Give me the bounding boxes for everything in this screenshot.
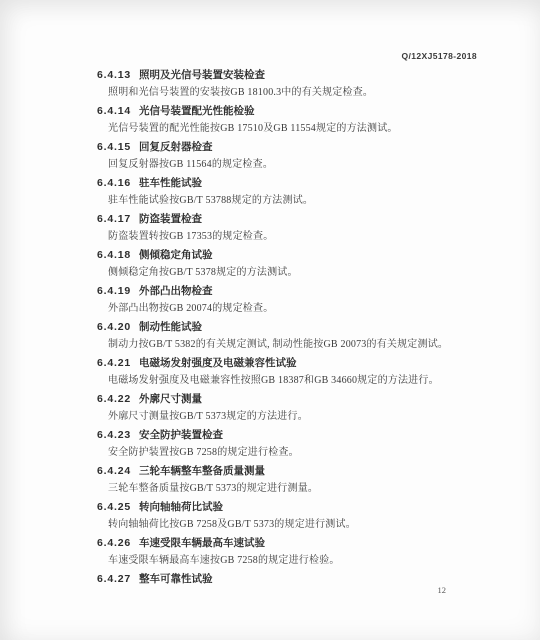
document-section: 6.4.13照明及光信号装置安装检查 照明和光信号装置的安装按GB 18100.… — [97, 66, 490, 102]
section-number: 6.4.21 — [97, 354, 131, 372]
section-body-text: 转向轴轴荷比按GB 7258及GB/T 5373的规定进行测试。 — [97, 516, 490, 534]
section-title: 照明及光信号装置安装检查 — [139, 69, 265, 81]
section-number: 6.4.23 — [97, 426, 131, 444]
section-title: 三轮车辆整车整备质量测量 — [139, 465, 265, 477]
section-heading: 6.4.19外部凸出物检查 — [97, 282, 490, 300]
section-title: 转向轴轴荷比试验 — [139, 501, 223, 513]
section-heading: 6.4.18侧倾稳定角试验 — [97, 246, 490, 264]
section-title: 制动性能试验 — [139, 321, 202, 333]
section-title: 回复反射器检查 — [139, 141, 213, 153]
section-number: 6.4.25 — [97, 498, 131, 516]
section-heading: 6.4.25转向轴轴荷比试验 — [97, 498, 490, 516]
section-heading: 6.4.13照明及光信号装置安装检查 — [97, 66, 490, 84]
section-number: 6.4.27 — [97, 570, 131, 588]
section-body-text: 外廓尺寸测量按GB/T 5373规定的方法进行。 — [97, 408, 490, 426]
document-page: Q/12XJ5178-2018 6.4.13照明及光信号装置安装检查 照明和光信… — [0, 0, 540, 640]
section-number: 6.4.16 — [97, 174, 131, 192]
section-heading: 6.4.15回复反射器检查 — [97, 138, 490, 156]
section-heading: 6.4.14光信号装置配光性能检验 — [97, 102, 490, 120]
sections-container: 6.4.13照明及光信号装置安装检查 照明和光信号装置的安装按GB 18100.… — [97, 66, 490, 588]
section-number: 6.4.22 — [97, 390, 131, 408]
section-title: 防盗装置检查 — [139, 213, 202, 225]
section-title: 光信号装置配光性能检验 — [139, 105, 255, 117]
section-body-text: 侧倾稳定角按GB/T 5378规定的方法测试。 — [97, 264, 490, 282]
section-number: 6.4.15 — [97, 138, 131, 156]
section-heading: 6.4.26车速受限车辆最高车速试验 — [97, 534, 490, 552]
document-section: 6.4.27整车可靠性试验 — [97, 570, 490, 588]
section-number: 6.4.20 — [97, 318, 131, 336]
document-section: 6.4.17防盗装置检查 防盗装置转按GB 17353的规定检查。 — [97, 210, 490, 246]
section-number: 6.4.14 — [97, 102, 131, 120]
section-title: 电磁场发射强度及电磁兼容性试验 — [139, 357, 297, 369]
section-body-text: 防盗装置转按GB 17353的规定检查。 — [97, 228, 490, 246]
document-section: 6.4.21电磁场发射强度及电磁兼容性试验 电磁场发射强度及电磁兼容性按照GB … — [97, 354, 490, 390]
section-heading: 6.4.17防盗装置检查 — [97, 210, 490, 228]
document-section: 6.4.16驻车性能试验 驻车性能试验按GB/T 53788规定的方法测试。 — [97, 174, 490, 210]
section-body-text: 光信号装置的配光性能按GB 17510及GB 11554规定的方法测试。 — [97, 120, 490, 138]
section-body-text: 三轮车整备质量按GB/T 5373的规定进行测量。 — [97, 480, 490, 498]
section-title: 外部凸出物检查 — [139, 285, 213, 297]
document-section: 6.4.14光信号装置配光性能检验 光信号装置的配光性能按GB 17510及GB… — [97, 102, 490, 138]
document-section: 6.4.25转向轴轴荷比试验 转向轴轴荷比按GB 7258及GB/T 5373的… — [97, 498, 490, 534]
section-number: 6.4.19 — [97, 282, 131, 300]
section-body-text: 电磁场发射强度及电磁兼容性按照GB 18387和GB 34660规定的方法进行。 — [97, 372, 490, 390]
section-number: 6.4.24 — [97, 462, 131, 480]
section-title: 车速受限车辆最高车速试验 — [139, 537, 265, 549]
document-code-header: Q/12XJ5178-2018 — [402, 51, 477, 61]
section-body-text: 制动力按GB/T 5382的有关规定测试, 制动性能按GB 20073的有关规定… — [97, 336, 490, 354]
section-body-text: 车速受限车辆最高车速按GB 7258的规定进行检验。 — [97, 552, 490, 570]
document-section: 6.4.22外廓尺寸测量 外廓尺寸测量按GB/T 5373规定的方法进行。 — [97, 390, 490, 426]
section-body-text: 安全防护装置按GB 7258的规定进行检查。 — [97, 444, 490, 462]
section-number: 6.4.26 — [97, 534, 131, 552]
section-title: 安全防护装置检查 — [139, 429, 223, 441]
section-heading: 6.4.22外廓尺寸测量 — [97, 390, 490, 408]
document-section: 6.4.15回复反射器检查 回复反射器按GB 11564的规定检查。 — [97, 138, 490, 174]
section-heading: 6.4.27整车可靠性试验 — [97, 570, 490, 588]
section-heading: 6.4.23安全防护装置检查 — [97, 426, 490, 444]
document-section: 6.4.18侧倾稳定角试验 侧倾稳定角按GB/T 5378规定的方法测试。 — [97, 246, 490, 282]
section-number: 6.4.17 — [97, 210, 131, 228]
section-heading: 6.4.24三轮车辆整车整备质量测量 — [97, 462, 490, 480]
section-body-text: 外部凸出物按GB 20074的规定检查。 — [97, 300, 490, 318]
section-body-text: 驻车性能试验按GB/T 53788规定的方法测试。 — [97, 192, 490, 210]
section-title: 整车可靠性试验 — [139, 573, 213, 585]
document-section: 6.4.26车速受限车辆最高车速试验 车速受限车辆最高车速按GB 7258的规定… — [97, 534, 490, 570]
page-number: 12 — [438, 585, 447, 595]
document-section: 6.4.24三轮车辆整车整备质量测量 三轮车整备质量按GB/T 5373的规定进… — [97, 462, 490, 498]
section-number: 6.4.13 — [97, 66, 131, 84]
section-heading: 6.4.21电磁场发射强度及电磁兼容性试验 — [97, 354, 490, 372]
section-title: 外廓尺寸测量 — [139, 393, 202, 405]
document-section: 6.4.20制动性能试验 制动力按GB/T 5382的有关规定测试, 制动性能按… — [97, 318, 490, 354]
section-body-text: 回复反射器按GB 11564的规定检查。 — [97, 156, 490, 174]
section-title: 驻车性能试验 — [139, 177, 202, 189]
section-body-text: 照明和光信号装置的安装按GB 18100.3中的有关规定检查。 — [97, 84, 490, 102]
section-heading: 6.4.16驻车性能试验 — [97, 174, 490, 192]
section-title: 侧倾稳定角试验 — [139, 249, 213, 261]
document-section: 6.4.19外部凸出物检查 外部凸出物按GB 20074的规定检查。 — [97, 282, 490, 318]
document-section: 6.4.23安全防护装置检查 安全防护装置按GB 7258的规定进行检查。 — [97, 426, 490, 462]
section-number: 6.4.18 — [97, 246, 131, 264]
section-heading: 6.4.20制动性能试验 — [97, 318, 490, 336]
